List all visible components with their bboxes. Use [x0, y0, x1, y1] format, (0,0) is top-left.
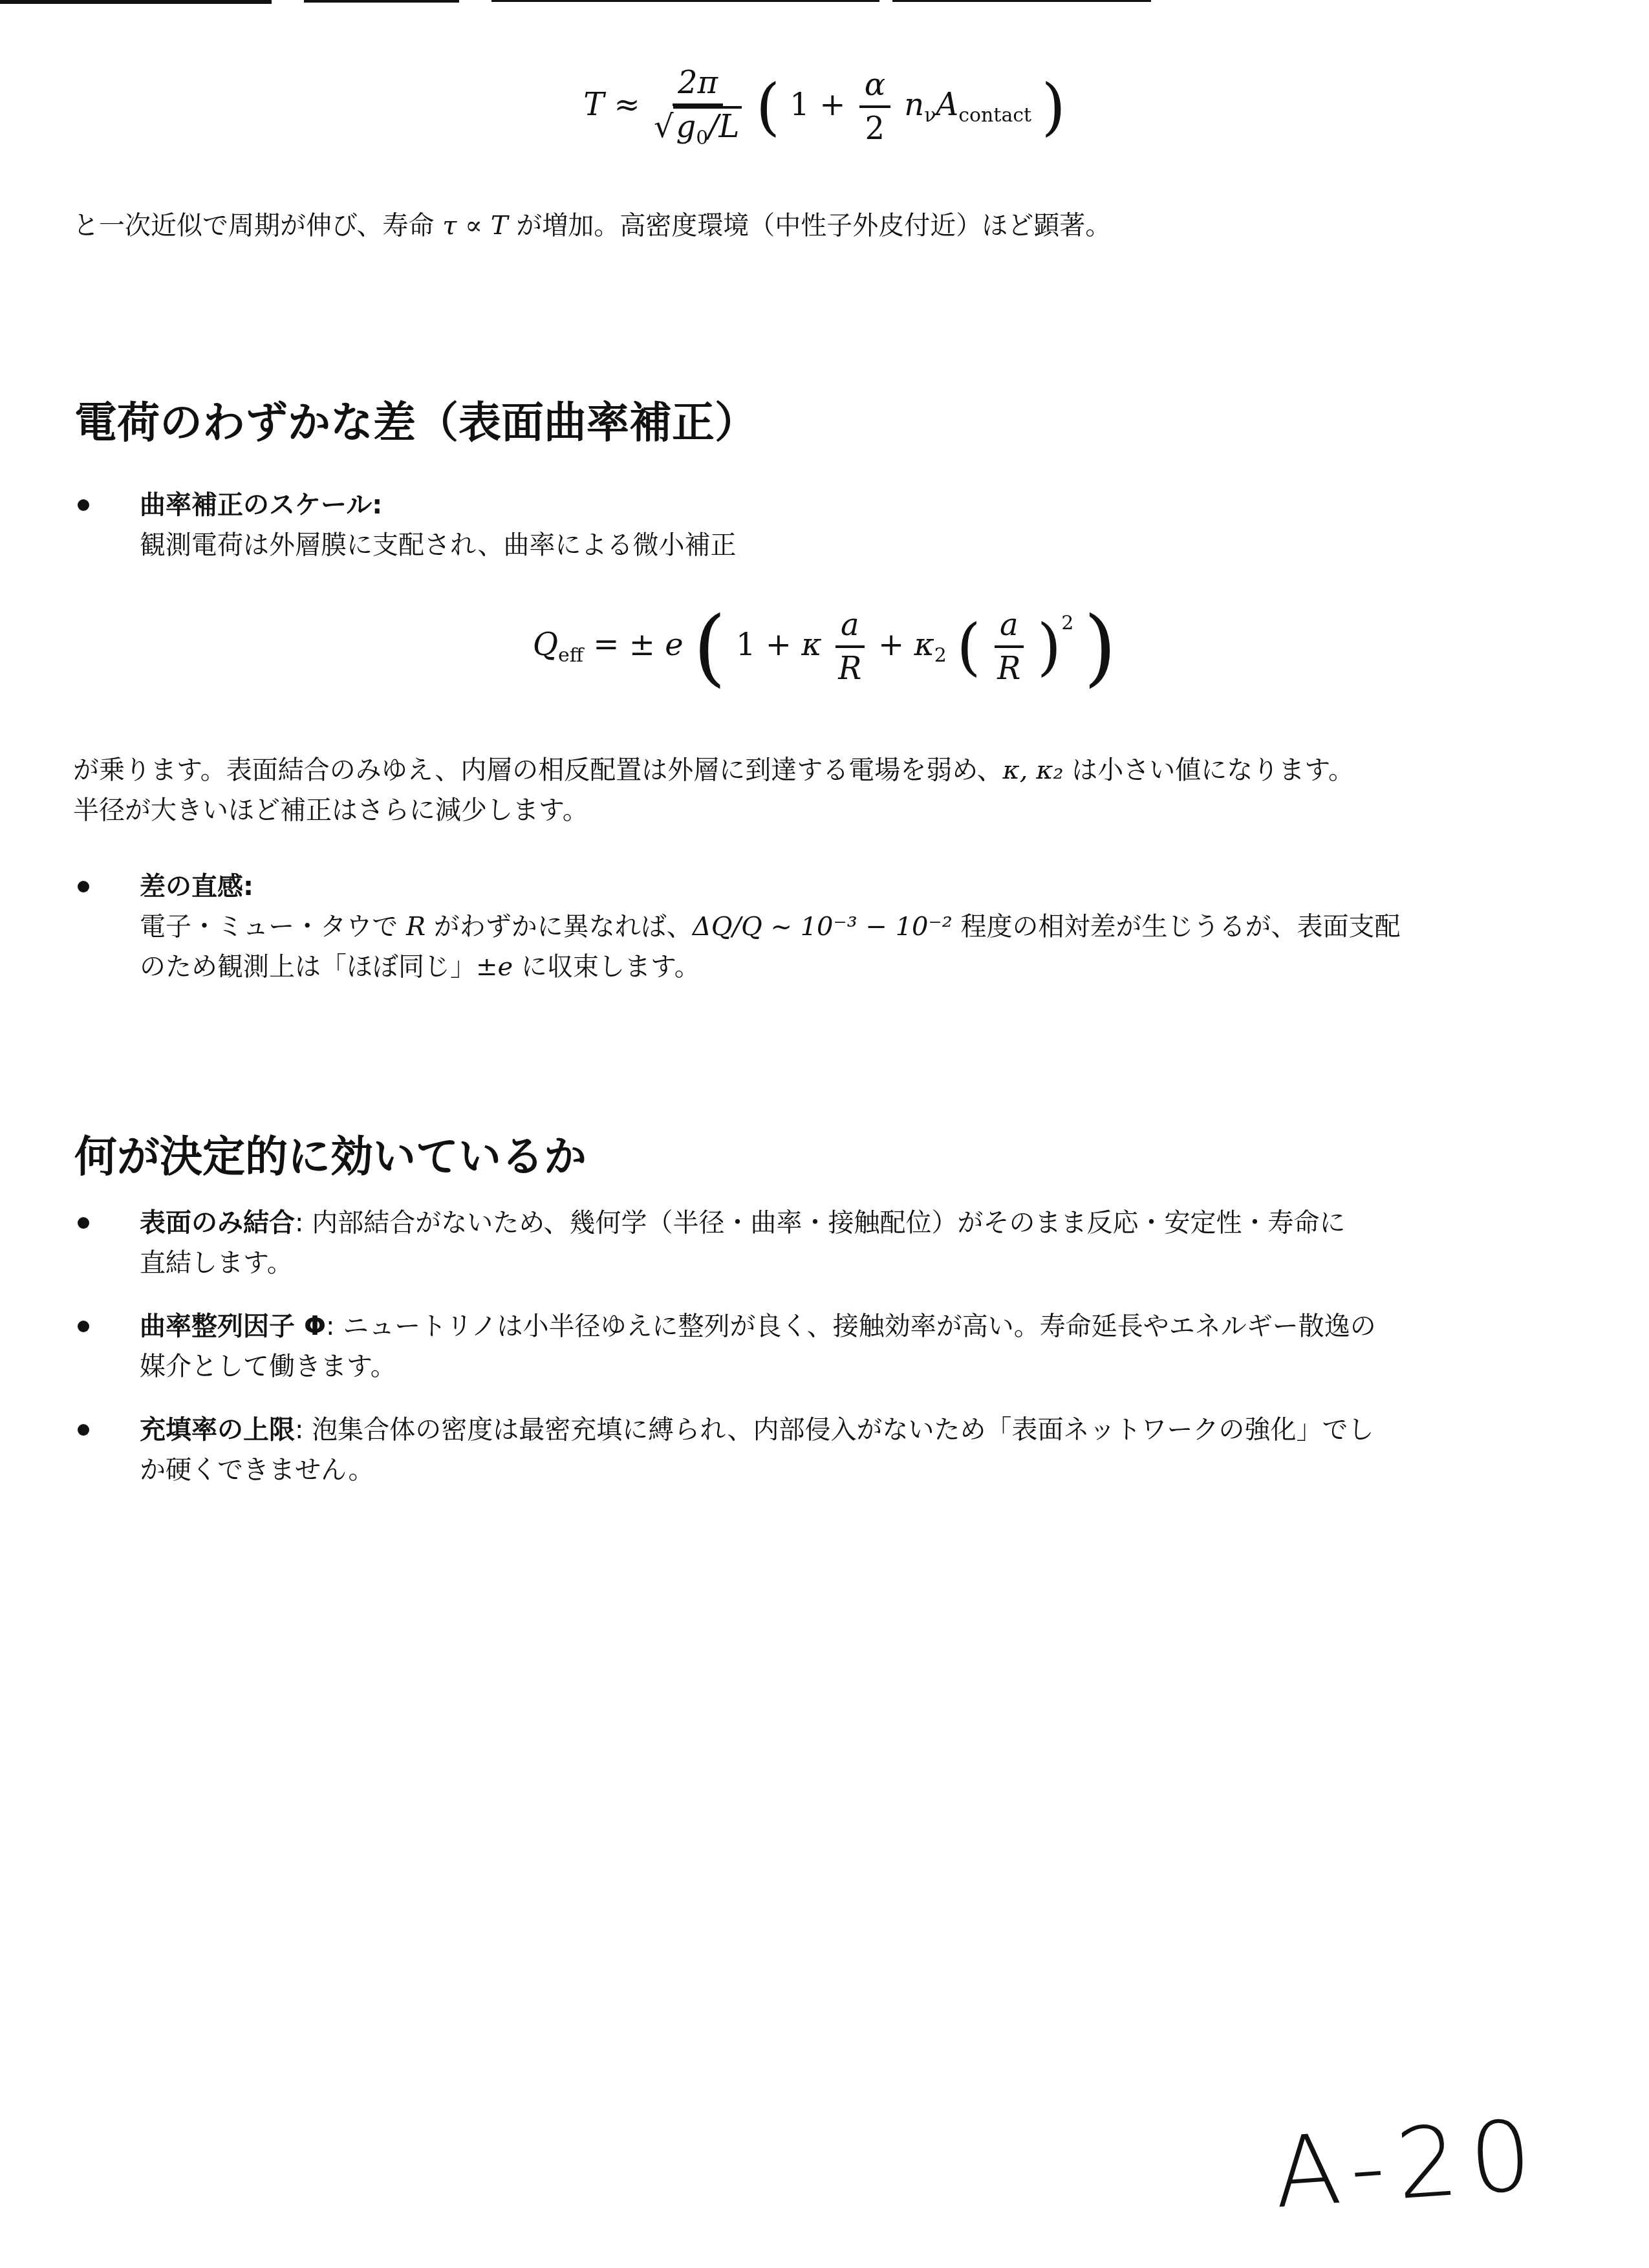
bullet-icon [78, 881, 89, 892]
bullet-icon [78, 499, 89, 511]
bullet-icon [78, 1424, 89, 1436]
scan-artifact [0, 0, 272, 4]
formula-charge: Qeff = ± e ( 1 + κ a R + κ2 ( a R )2 ) [0, 605, 1649, 689]
fraction: 2π √g0/L [654, 65, 742, 149]
paragraph-charge-explanation-cont: 半径が大きいほど補正はさらに減少します。 [73, 790, 588, 830]
scan-artifact [304, 0, 459, 3]
list-item-surface-only-binding: 表面のみ結合: 内部結合がないため、幾何学（半径・曲率・接触配位）がそのまま反応… [78, 1203, 1565, 1287]
section-heading-decisive-factors: 何が決定的に効いているか [74, 1122, 587, 1183]
section-heading-charge: 電荷のわずかな差（表面曲率補正） [74, 388, 757, 449]
intro-paragraph: と一次近似で周期が伸び、寿命 τ ∝ T が増加。高密度環境（中性子外皮付近）ほ… [73, 206, 1111, 246]
paragraph-charge-explanation: が乗ります。表面結合のみゆえ、内層の相反配置は外層に到達する電場を弱め、κ, κ… [73, 750, 1354, 790]
list-item-curvature-scale: 曲率補正のスケール: 観測電荷は外層膜に支配され、曲率による微小補正 [78, 485, 1565, 569]
bullet-icon [78, 1217, 89, 1229]
bullet-icon [78, 1321, 89, 1332]
formula-period: T ≈ 2π √g0/L ( 1 + α 2 nνAcontact ) [0, 65, 1649, 149]
list-item-difference-intuition: 差の直感: 電子・ミュー・タウで R がわずかに異なれば、ΔQ/Q ~ 10⁻³… [78, 867, 1565, 989]
scan-artifact [892, 0, 1151, 2]
scan-artifact [491, 0, 879, 2]
handwritten-page-label: A-20 [1270, 2099, 1546, 2230]
list-item-packing-limit: 充填率の上限: 泡集合体の密度は最密充填に縛られ、内部侵入がないため「表面ネット… [78, 1410, 1565, 1494]
list-item-curvature-alignment-factor: 曲率整列因子 Φ: ニュートリノは小半径ゆえに整列が良く、接触効率が高い。寿命延… [78, 1306, 1565, 1390]
